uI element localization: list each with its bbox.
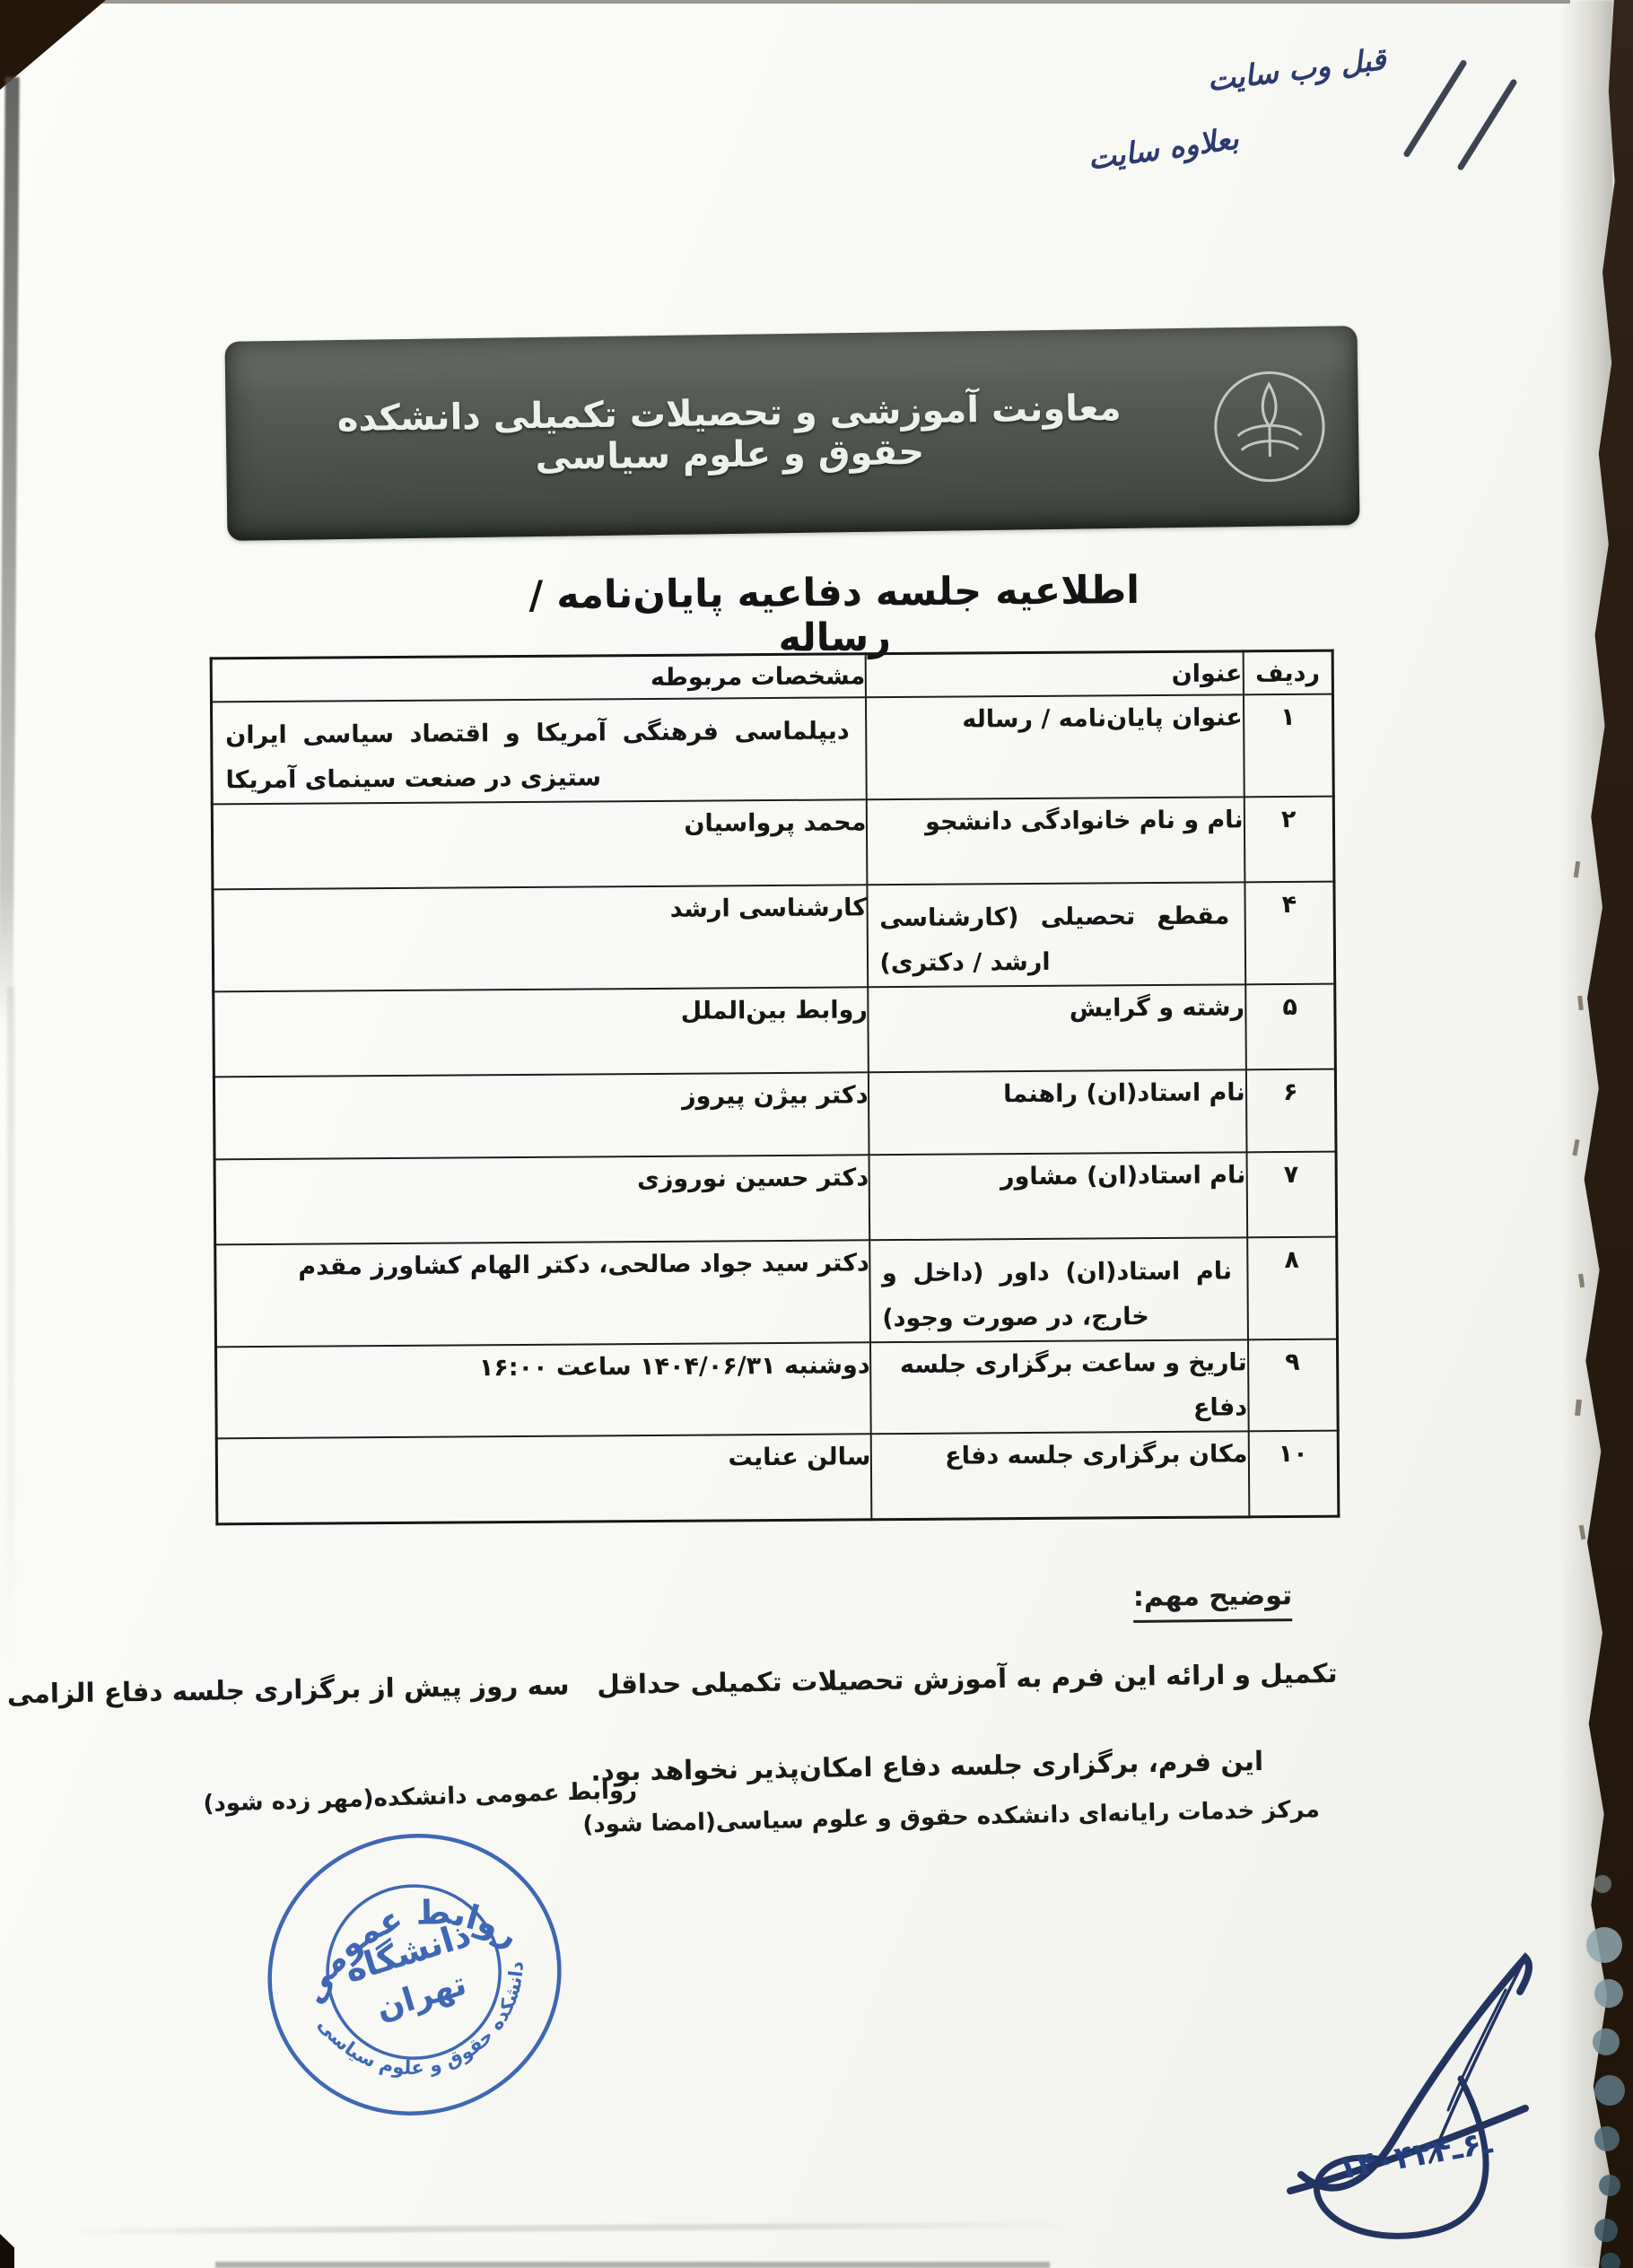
row-number: ۵ (1245, 984, 1336, 1070)
row-title: تاریخ و ساعت برگزاری جلسه دفاع (870, 1339, 1248, 1434)
table-row: ۶ نام استاد(ان) راهنما دکتر بیژن پیروز (214, 1069, 1336, 1160)
pen-tick-mark-icon (1456, 78, 1517, 171)
row-details: دکتر بیژن پیروز (214, 1072, 869, 1159)
paper-bottom-shadow (63, 2221, 1068, 2235)
row-details: کارشناسی ارشد (213, 885, 869, 991)
paper-left-edge-shadow (0, 77, 20, 1028)
paper-left-edge-shadow-faint (7, 987, 14, 1669)
paper-bottom-edge (215, 2262, 1050, 2268)
public-relations-stamp: روابط عمومی دانشکده حقوق و علوم سیاسی دا… (235, 1809, 594, 2150)
university-of-tehran-logo-icon (1207, 364, 1332, 490)
table-row: ۵ رشته و گرایش روابط بین‌الملل (214, 984, 1336, 1077)
col-header-details: مشخصات مربوطه (211, 654, 866, 702)
desk-corner-top-left (0, 0, 106, 90)
row-details: دکتر حسین نوروزی (214, 1155, 870, 1244)
row-title: مکان برگزاری جلسه دفاع (871, 1431, 1249, 1519)
row-title: نام استاد(ان) مشاور (869, 1152, 1247, 1240)
header-banner: معاونت آموزشی و تحصیلات تکمیلی دانشکده ح… (225, 326, 1360, 541)
row-number: ۶ (1245, 1069, 1336, 1153)
row-details: محمد پرواسیان (212, 799, 868, 889)
row-number: ۷ (1246, 1152, 1337, 1238)
pen-tick-mark-icon (1402, 59, 1468, 159)
table-row: ۸ نام استاد(ان) داور (داخل و خارج، در صو… (215, 1237, 1338, 1348)
row-details: سالن عنایت (216, 1434, 872, 1523)
col-header-num: ردیف (1243, 650, 1332, 694)
row-details: دیپلماسی فرهنگی آمریکا و اقتصاد سیاسی ای… (211, 697, 867, 804)
row-title: رشته و گرایش (869, 984, 1246, 1072)
signature-date: ۱۴۰۴ـ۶ـ۲۴ (1335, 2124, 1496, 2187)
banner-title: معاونت آموزشی و تحصیلات تکمیلی دانشکده ح… (279, 328, 1181, 540)
row-title: نام استاد(ان) راهنما (869, 1069, 1246, 1155)
row-number: ۹ (1248, 1339, 1339, 1432)
scanned-defense-announcement: قبل وب سایت بعلاوه سایت معاونت آموزشی و … (0, 0, 1633, 2268)
scan-top-edge-shadow (99, 0, 1570, 4)
table-row: ۱ عنوان پایان‌نامه / رساله دیپلماسی فرهن… (211, 694, 1333, 805)
handwritten-note-line2: بعلاوه سایت (1086, 120, 1241, 176)
row-details: دوشنبه ۱۴۰۴/۰۶/۳۱ ساعت ۱۶:۰۰ (216, 1342, 872, 1438)
computer-center-signature-label: مرکز خدمات رایانه‌ای دانشکده حقوق و علوم… (582, 1796, 1320, 1838)
row-number: ۲ (1244, 797, 1334, 883)
row-title: عنوان پایان‌نامه / رساله (866, 694, 1244, 799)
table-row: ۷ نام استاد(ان) مشاور دکتر حسین نوروزی (214, 1152, 1337, 1245)
row-title: نام استاد(ان) داور (داخل و خارج، در صورت… (870, 1237, 1248, 1342)
handwritten-note-line1: قبل وب سایت (1205, 41, 1387, 98)
desk-corner-bottom-left (0, 2234, 14, 2268)
signature: ۱۴۰۴ـ۶ـ۲۴ (1281, 1931, 1586, 2263)
table-row: ۲ نام و نام خانوادگی دانشجو محمد پرواسیا… (212, 797, 1334, 890)
page-title: اطلاعیه جلسه دفاعیه پایان‌نامه /رساله (485, 568, 1185, 664)
row-details: دکتر سید جواد صالحی، دکتر الهام کشاورز م… (215, 1240, 871, 1347)
row-number: ۱ (1244, 694, 1334, 798)
spiral-hole-dots (1552, 1839, 1633, 2268)
torn-edge-ink-smudges (1557, 807, 1620, 1974)
row-details: روابط بین‌الملل (214, 987, 869, 1077)
table-header-row: ردیف عنوان مشخصات مربوطه (211, 650, 1332, 702)
row-number: ۱۰ (1248, 1431, 1339, 1517)
col-header-title: عنوان (866, 651, 1243, 697)
important-note-line1: تکمیل و ارائه این فرم به آموزش تحصیلات ت… (0, 1658, 1338, 1713)
row-number: ۴ (1244, 882, 1335, 985)
row-title: نام و نام خانوادگی دانشجو (867, 797, 1244, 885)
defense-form-table: ردیف عنوان مشخصات مربوطه ۱ عنوان پایان‌ن… (210, 650, 1340, 1525)
table-row: ۹ تاریخ و ساعت برگزاری جلسه دفاع دوشنبه … (216, 1339, 1339, 1439)
table-row: ۴ مقطع تحصیلی (کارشناسی ارشد / دکتری) کا… (213, 882, 1335, 992)
row-number: ۸ (1247, 1237, 1338, 1340)
important-note-line2: این فرم، برگزاری جلسه دفاع امکان‌پذیر نخ… (590, 1746, 1263, 1787)
important-note-heading: توضیح مهم: (1132, 1580, 1292, 1623)
table-row: ۱۰ مکان برگزاری جلسه دفاع سالن عنایت (216, 1431, 1339, 1524)
row-title: مقطع تحصیلی (کارشناسی ارشد / دکتری) (868, 882, 1245, 987)
